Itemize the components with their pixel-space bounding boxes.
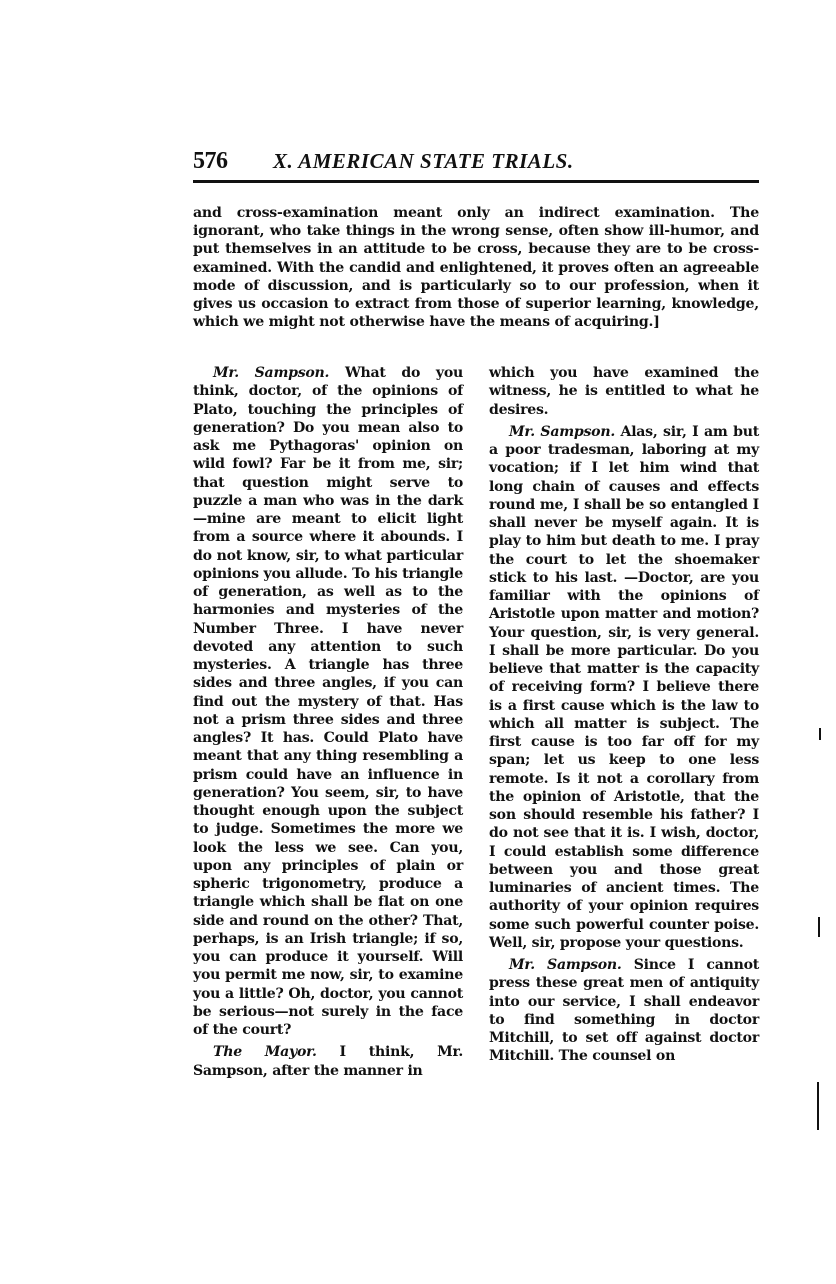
- intro-paragraph: and cross-examination meant only an indi…: [193, 204, 759, 331]
- speaker-name: The Mayor.: [213, 1044, 317, 1060]
- paragraph-text: What do you think, doctor, of the opinio…: [193, 365, 463, 1038]
- paragraph: Mr. Sampson. Since I cannot press these …: [489, 956, 759, 1066]
- paragraph-text: Alas, sir, I am but a poor tradesman, la…: [489, 424, 759, 951]
- right-column: which you have examined the witness, he …: [489, 364, 759, 1080]
- speaker-name: Mr. Sampson.: [509, 424, 615, 440]
- speaker-name: Mr. Sampson.: [213, 365, 329, 381]
- paragraph-text: Since I cannot press these great men of …: [489, 957, 759, 1064]
- scan-edge-mark: [818, 917, 820, 937]
- running-head: X. AMERICAN STATE TRIALS.: [273, 149, 574, 174]
- paragraph: Mr. Sampson. What do you think, doctor, …: [193, 364, 463, 1039]
- paragraph: Mr. Sampson. Alas, sir, I am but a poor …: [489, 423, 759, 952]
- page-number: 576: [193, 148, 273, 175]
- page-header: 576 X. AMERICAN STATE TRIALS.: [193, 148, 759, 178]
- left-column: Mr. Sampson. What do you think, doctor, …: [193, 364, 463, 1080]
- paragraph: which you have examined the witness, he …: [489, 364, 759, 419]
- two-column-body: Mr. Sampson. What do you think, doctor, …: [193, 364, 759, 1080]
- paragraph: The Mayor. I think, Mr. Sampson, after t…: [193, 1043, 463, 1080]
- scan-edge-mark: [817, 1082, 819, 1130]
- speaker-name: Mr. Sampson.: [509, 957, 622, 973]
- header-rule: [193, 180, 759, 183]
- scan-edge-mark: [819, 728, 821, 740]
- document-page: 576 X. AMERICAN STATE TRIALS. and cross-…: [193, 148, 759, 331]
- paragraph-text: which you have examined the witness, he …: [489, 365, 759, 418]
